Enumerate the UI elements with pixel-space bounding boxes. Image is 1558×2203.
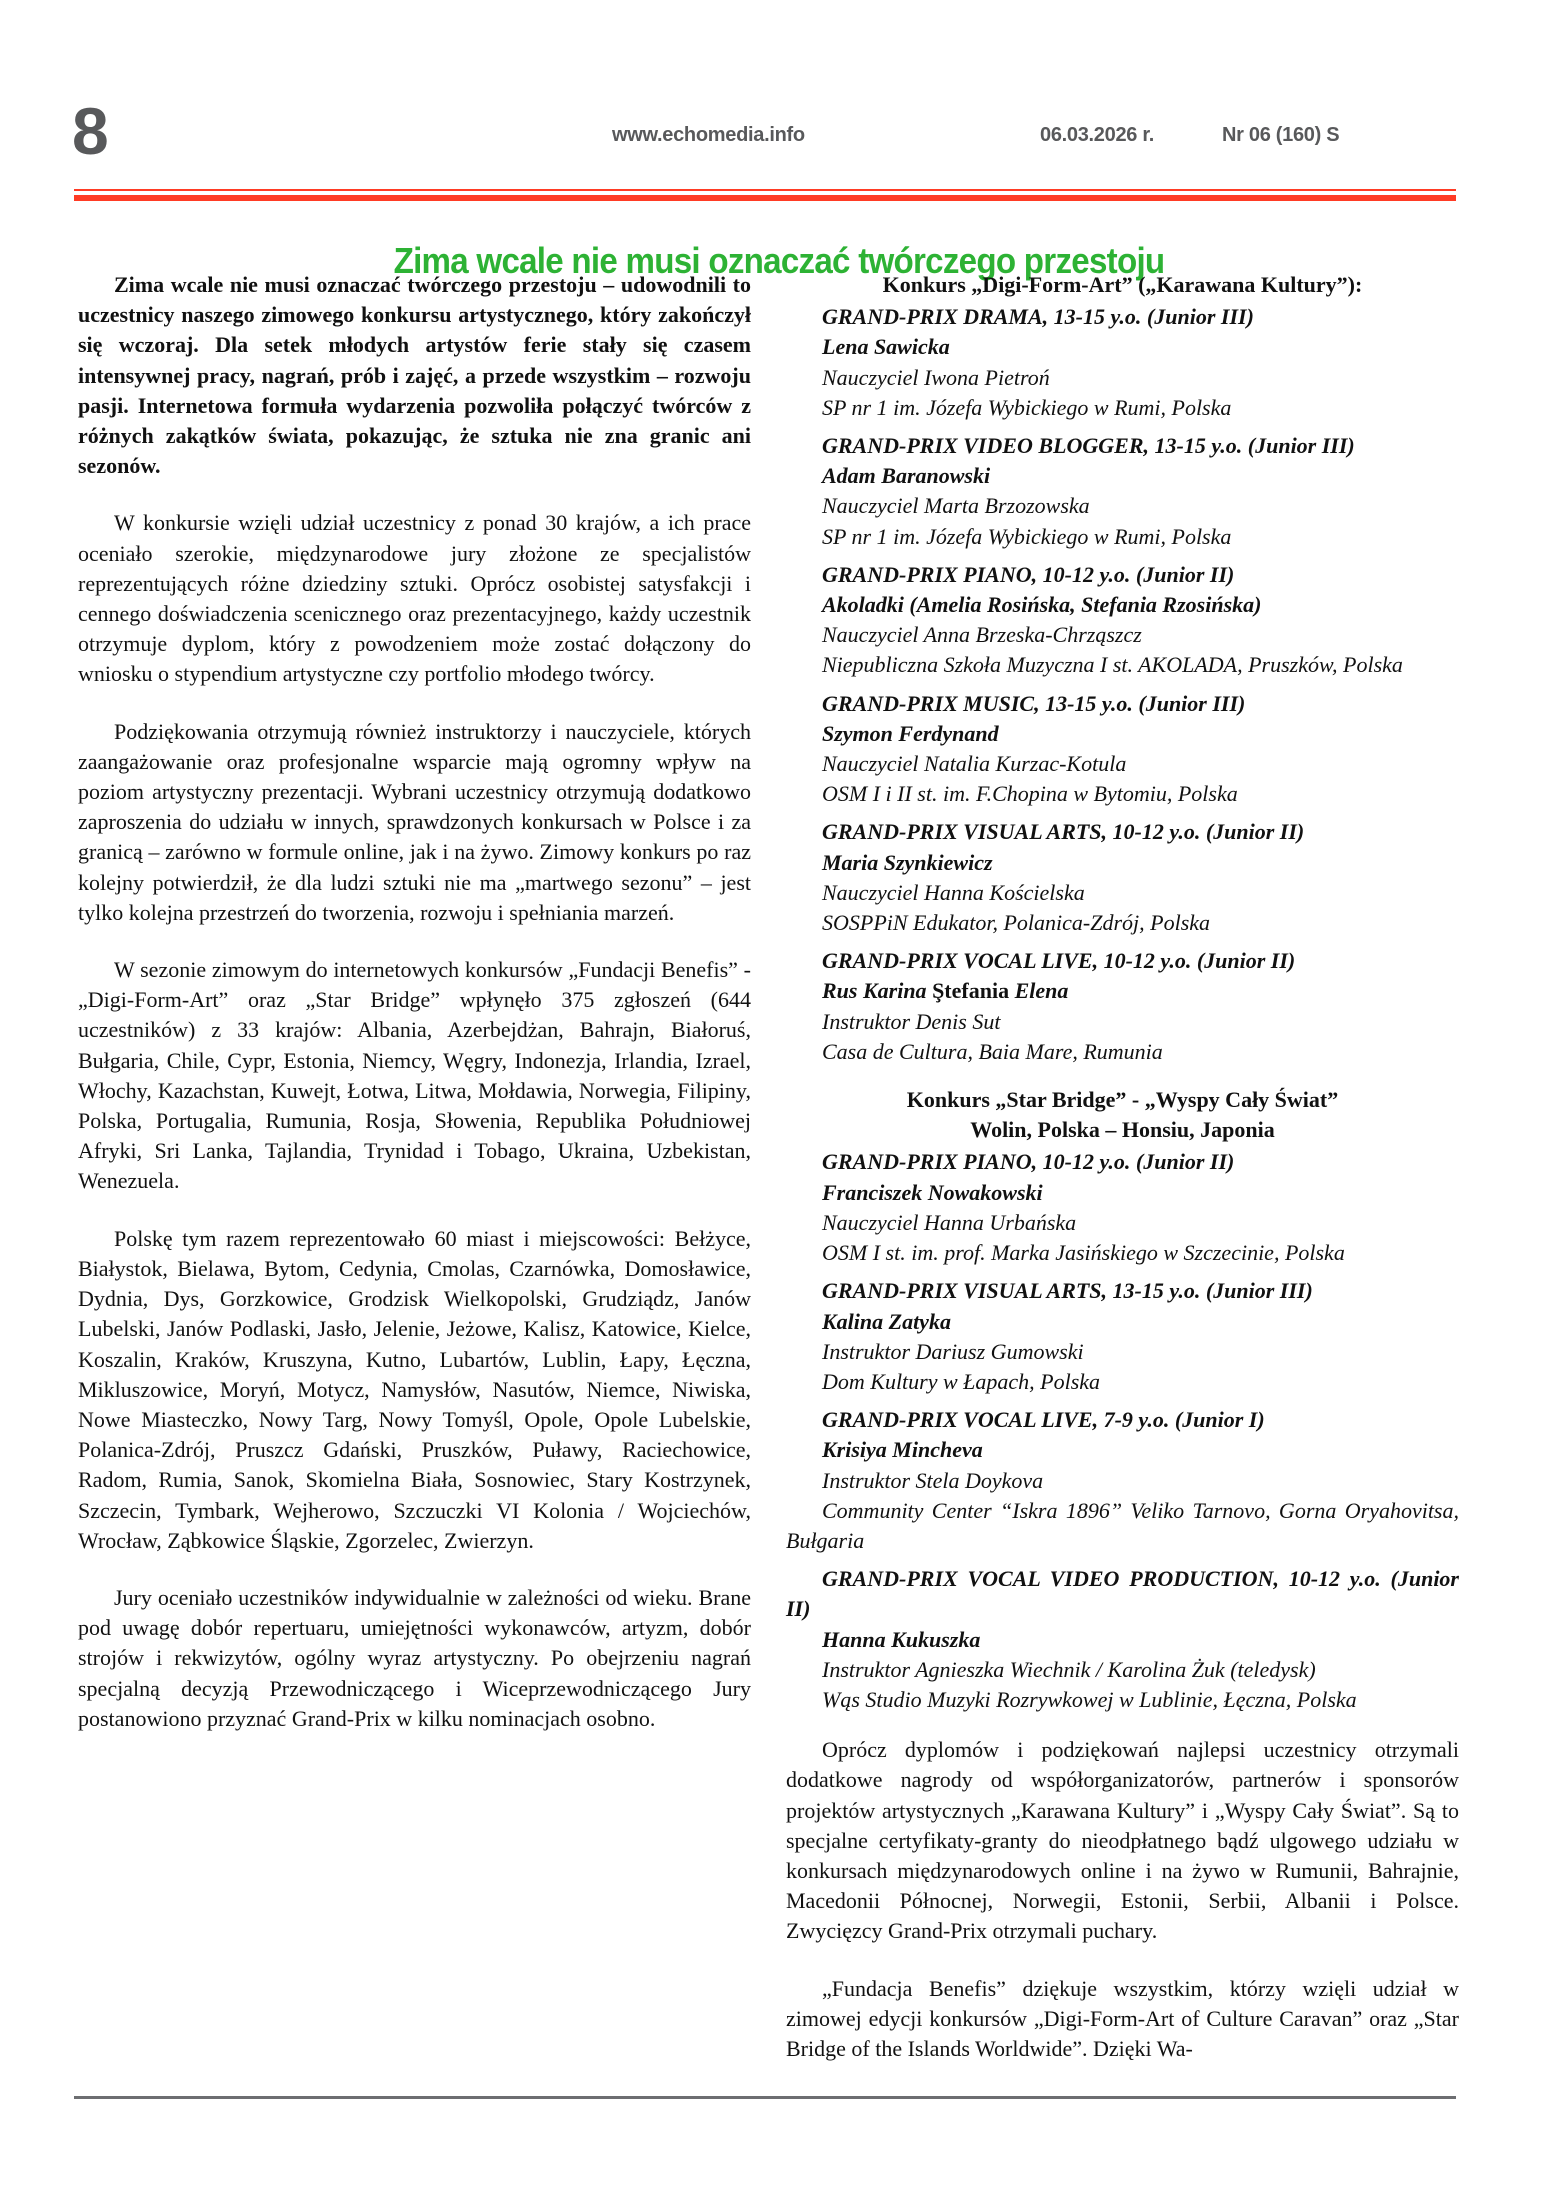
award-category: GRAND-PRIX PIANO, 10-12 y.o. (Junior II) (786, 560, 1459, 590)
award-category: GRAND-PRIX MUSIC, 13-15 y.o. (Junior III… (786, 689, 1459, 719)
award-entry: GRAND-PRIX VIDEO BLOGGER, 13-15 y.o. (Ju… (786, 431, 1459, 552)
award-teacher: Instruktor Dariusz Gumowski (786, 1337, 1459, 1367)
award-winner: Maria Szynkiewicz (786, 848, 1459, 878)
body-paragraph: Polskę tym razem reprezentowało 60 miast… (78, 1224, 751, 1556)
award-winner: Adam Baranowski (786, 461, 1459, 491)
award-entry: GRAND-PRIX PIANO, 10-12 y.o. (Junior II)… (786, 560, 1459, 681)
award-winner: Lena Sawicka (786, 332, 1459, 362)
footer-rule (74, 2096, 1456, 2099)
award-teacher: Nauczyciel Natalia Kurzac-Kotula (786, 749, 1459, 779)
award-winner: Hanna Kukuszka (786, 1625, 1459, 1655)
contest-heading: Konkurs „Digi-Form-Art” („Karawana Kultu… (786, 270, 1459, 300)
award-institution: Community Center “Iskra 1896” Veliko Tar… (786, 1496, 1459, 1556)
award-teacher: Nauczyciel Iwona Pietroń (786, 363, 1459, 393)
award-teacher: Nauczyciel Marta Brzozowska (786, 491, 1459, 521)
award-winner: Krisiya Mincheva (786, 1435, 1459, 1465)
award-entry: GRAND-PRIX MUSIC, 13-15 y.o. (Junior III… (786, 689, 1459, 810)
award-winner: Szymon Ferdynand (786, 719, 1459, 749)
award-category: GRAND-PRIX VIDEO BLOGGER, 13-15 y.o. (Ju… (786, 431, 1459, 461)
award-entry: GRAND-PRIX VOCAL LIVE, 7-9 y.o. (Junior … (786, 1405, 1459, 1556)
award-teacher: Instruktor Denis Sut (786, 1007, 1459, 1037)
contest-heading: Konkurs „Star Bridge” - „Wyspy Cały Świa… (786, 1085, 1459, 1115)
header-rule-thick (74, 195, 1456, 201)
award-category: GRAND-PRIX VOCAL VIDEO PRODUCTION, 10-12… (786, 1564, 1459, 1624)
issue-date: 06.03.2026 r. (1040, 124, 1154, 147)
award-category: GRAND-PRIX VISUAL ARTS, 10-12 y.o. (Juni… (786, 817, 1459, 847)
award-winner: Akoladki (Amelia Rosińska, Stefania Rzos… (786, 590, 1459, 620)
award-institution: Casa de Cultura, Baia Mare, Rumunia (786, 1037, 1459, 1067)
award-institution: Wąs Studio Muzyki Rozrywkowej w Lublinie… (786, 1685, 1459, 1715)
winner-name-part: Ştefania (932, 978, 1009, 1003)
award-institution: Dom Kultury w Łapach, Polska (786, 1367, 1459, 1397)
winner-name-part: Elena (1015, 978, 1069, 1003)
award-entry: GRAND-PRIX PIANO, 10-12 y.o. (Junior II)… (786, 1147, 1459, 1268)
body-paragraph: Oprócz dyplomów i podziękowań najlepsi u… (786, 1735, 1459, 1946)
award-institution: Niepubliczna Szkoła Muzyczna I st. AKOLA… (786, 650, 1459, 680)
award-institution: SP nr 1 im. Józefa Wybickiego w Rumi, Po… (786, 393, 1459, 423)
award-entry: GRAND-PRIX VOCAL LIVE, 10-12 y.o. (Junio… (786, 946, 1459, 1067)
left-column: Zima wcale nie musi oznaczać twórczego p… (78, 270, 751, 1747)
award-institution: OSM I i II st. im. F.Chopina w Bytomiu, … (786, 779, 1459, 809)
award-teacher: Nauczyciel Hanna Kościelska (786, 878, 1459, 908)
award-category: GRAND-PRIX DRAMA, 13-15 y.o. (Junior III… (786, 302, 1459, 332)
award-winner: Rus Karina Ştefania Elena (786, 976, 1459, 1006)
page-number: 8 (72, 98, 109, 164)
award-category: GRAND-PRIX VOCAL LIVE, 7-9 y.o. (Junior … (786, 1405, 1459, 1435)
award-entry: GRAND-PRIX VISUAL ARTS, 13-15 y.o. (Juni… (786, 1276, 1459, 1397)
award-institution: OSM I st. im. prof. Marka Jasińskiego w … (786, 1238, 1459, 1268)
award-category: GRAND-PRIX PIANO, 10-12 y.o. (Junior II) (786, 1147, 1459, 1177)
award-entry: GRAND-PRIX VISUAL ARTS, 10-12 y.o. (Juni… (786, 817, 1459, 938)
body-paragraph: Podziękowania otrzymują również instrukt… (78, 717, 751, 928)
right-column: Konkurs „Digi-Form-Art” („Karawana Kultu… (786, 270, 1459, 2077)
website-link[interactable]: www.echomedia.info (612, 124, 805, 147)
award-entry: GRAND-PRIX VOCAL VIDEO PRODUCTION, 10-12… (786, 1564, 1459, 1715)
award-teacher: Instruktor Stela Doykova (786, 1466, 1459, 1496)
body-paragraph: W konkursie wzięli udział uczestnicy z p… (78, 508, 751, 689)
award-teacher: Instruktor Agnieszka Wiechnik / Karolina… (786, 1655, 1459, 1685)
winner-name-part: Rus Karina (822, 978, 927, 1003)
award-winner: Franciszek Nowakowski (786, 1178, 1459, 1208)
contest-subheading: Wolin, Polska – Honsiu, Japonia (786, 1115, 1459, 1145)
award-institution: SOSPPiN Edukator, Polanica-Zdrój, Polska (786, 908, 1459, 938)
award-teacher: Nauczyciel Anna Brzeska-Chrząszcz (786, 620, 1459, 650)
header-rule-thin (74, 189, 1456, 191)
award-category: GRAND-PRIX VISUAL ARTS, 13-15 y.o. (Juni… (786, 1276, 1459, 1306)
award-teacher: Nauczyciel Hanna Urbańska (786, 1208, 1459, 1238)
award-entry: GRAND-PRIX DRAMA, 13-15 y.o. (Junior III… (786, 302, 1459, 423)
body-paragraph: W sezonie zimowym do internetowych konku… (78, 955, 751, 1197)
award-category: GRAND-PRIX VOCAL LIVE, 10-12 y.o. (Junio… (786, 946, 1459, 976)
award-winner: Kalina Zatyka (786, 1307, 1459, 1337)
lead-paragraph: Zima wcale nie musi oznaczać twórczego p… (78, 270, 751, 481)
body-paragraph: Jury oceniało uczestników indywidualnie … (78, 1583, 751, 1734)
issue-number: Nr 06 (160) S (1222, 124, 1339, 147)
award-institution: SP nr 1 im. Józefa Wybickiego w Rumi, Po… (786, 522, 1459, 552)
body-paragraph: „Fundacja Benefis” dziękuje wszystkim, k… (786, 1974, 1459, 2065)
